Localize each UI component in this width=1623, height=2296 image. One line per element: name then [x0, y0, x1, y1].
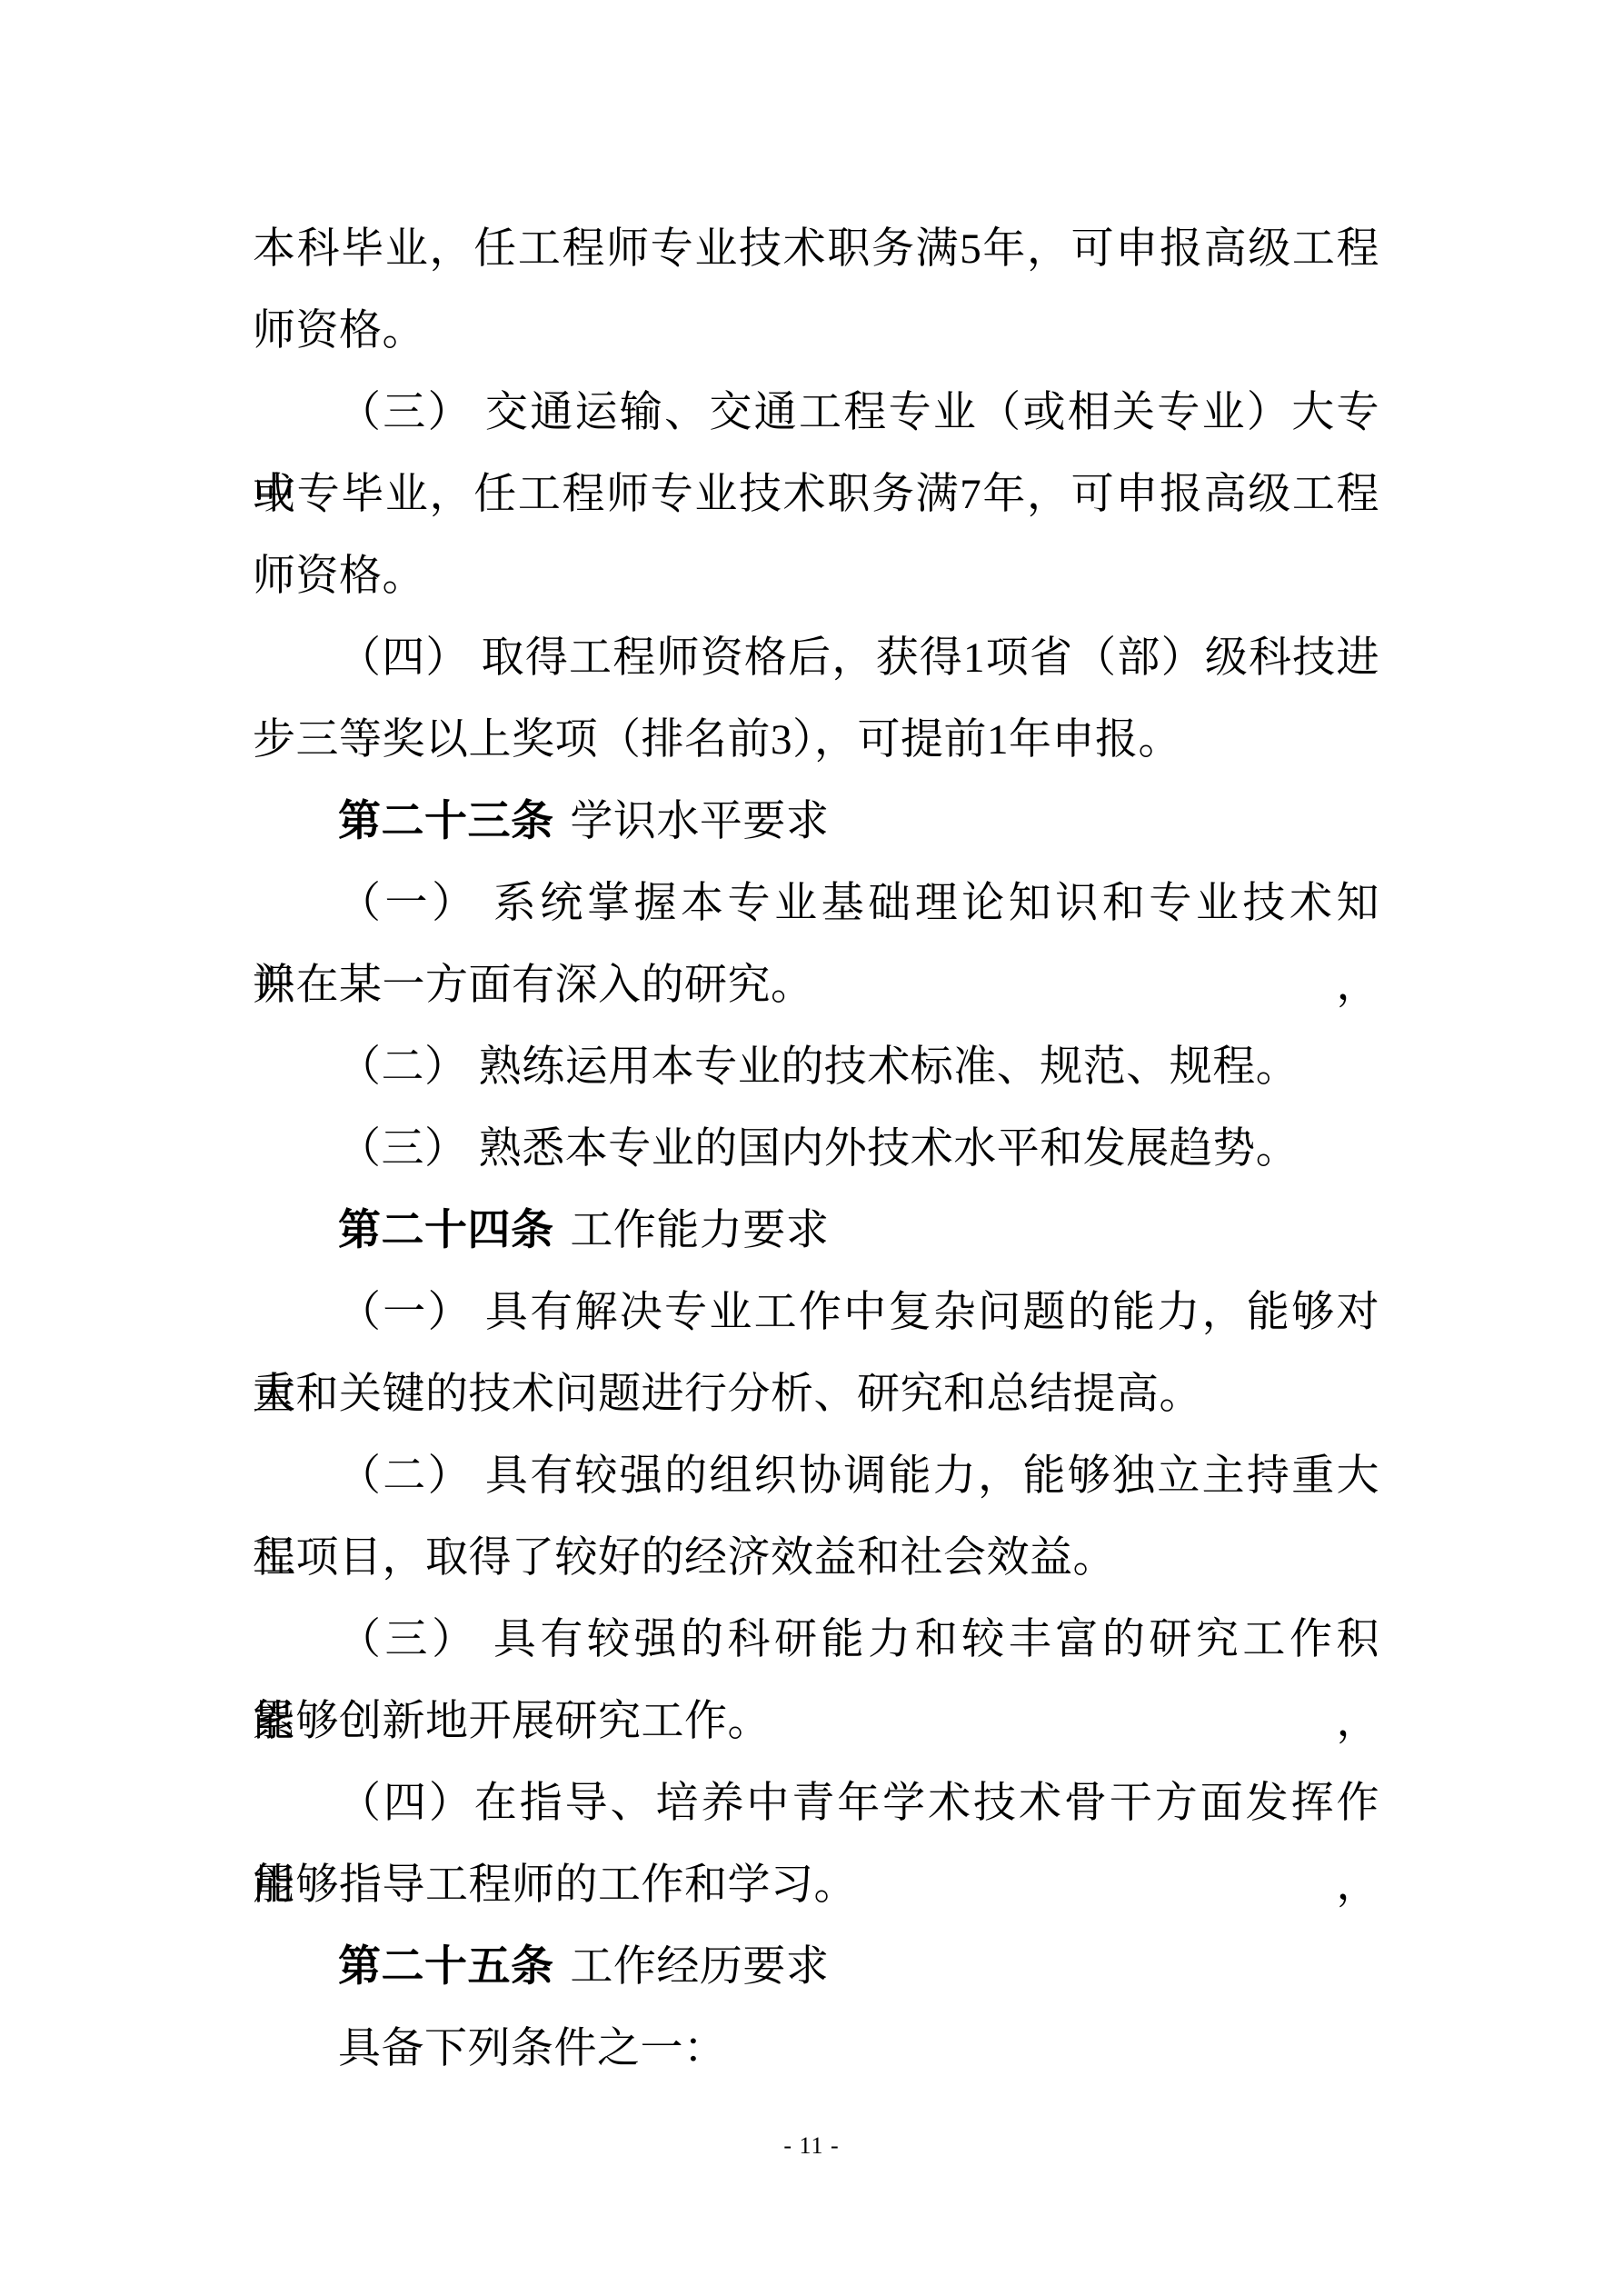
text-line: 第二十三条 学识水平要求: [253, 781, 1379, 863]
line-text: 学识水平要求: [559, 798, 829, 845]
line-text: 程项目，取得了较好的经济效益和社会效益。: [253, 1534, 1116, 1582]
article-number: 第二十五条: [338, 1943, 554, 1991]
text-line: （四）在指导、培养中青年学术技术骨干方面发挥作用，: [253, 1762, 1379, 1844]
article-number: 第二十三条: [338, 798, 554, 845]
line-text: （三） 熟悉本专业的国内外技术水平和发展趋势。: [338, 1125, 1299, 1173]
line-text: 师资格。: [253, 307, 425, 354]
text-line: 第二十四条 工作能力要求: [253, 1190, 1379, 1272]
line-text: 能够创新地开展研究工作。: [253, 1698, 771, 1745]
line-text: 步三等奖以上奖项（排名前3），可提前1年申报。: [253, 716, 1181, 764]
text-line: （三） 交通运输、交通工程专业（或相关专业）大专或: [253, 372, 1379, 454]
line-text: 本科毕业，任工程师专业技术职务满5年，可申报高级工程: [253, 225, 1379, 273]
text-line: 具备下列条件之一：: [253, 2008, 1379, 2090]
text-line: （三） 熟悉本专业的国内外技术水平和发展趋势。: [253, 1108, 1379, 1190]
line-text: 师资格。: [253, 553, 425, 600]
text-line: （四） 取得工程师资格后，获得1项省（部）级科技进: [253, 617, 1379, 699]
text-line: 本科毕业，任工程师专业技术职务满5年，可申报高级工程: [253, 208, 1379, 290]
document-page: 本科毕业，任工程师专业技术职务满5年，可申报高级工程 师资格。 （三） 交通运输…: [0, 0, 1623, 2296]
page-footer: - 11 -: [0, 2132, 1623, 2160]
page-number: - 11 -: [783, 2132, 839, 2159]
text-line: 大和关键的技术问题进行分析、研究和总结提高。: [253, 1353, 1379, 1435]
text-line: （三） 具有较强的科研能力和较丰富的研究工作积累，: [253, 1599, 1379, 1681]
document-body: 本科毕业，任工程师专业技术职务满5年，可申报高级工程 师资格。 （三） 交通运输…: [253, 208, 1379, 2090]
line-text: 并在某一方面有深入的研究。: [253, 962, 814, 1009]
text-line: 第二十五条 工作经历要求: [253, 1926, 1379, 2008]
line-text: 能够指导工程师的工作和学习。: [253, 1862, 857, 1909]
text-line: （二） 具有较强的组织协调能力，能够独立主持重大工: [253, 1435, 1379, 1517]
line-text: （二） 熟练运用本专业的技术标准、规范、规程。: [338, 1043, 1299, 1091]
text-line: （一） 系统掌握本专业基础理论知识和专业技术知识，: [253, 863, 1379, 944]
line-text: 工作能力要求: [559, 1207, 829, 1254]
text-line: 中专毕业，任工程师专业技术职务满7年，可申报高级工程: [253, 454, 1379, 535]
text-line: （二） 熟练运用本专业的技术标准、规范、规程。: [253, 1026, 1379, 1108]
text-line: 师资格。: [253, 535, 1379, 617]
article-number: 第二十四条: [338, 1207, 554, 1254]
text-line: （一） 具有解决专业工作中复杂问题的能力，能够对重: [253, 1272, 1379, 1353]
text-line: 步三等奖以上奖项（排名前3），可提前1年申报。: [253, 699, 1379, 781]
line-text: （四） 取得工程师资格后，获得1项省（部）级科技进: [338, 634, 1379, 682]
text-line: 师资格。: [253, 290, 1379, 372]
line-text: 中专毕业，任工程师专业技术职务满7年，可申报高级工程: [253, 471, 1379, 518]
line-text: 具备下列条件之一：: [338, 2025, 727, 2072]
line-text: 大和关键的技术问题进行分析、研究和总结提高。: [253, 1371, 1202, 1418]
line-text: 工作经历要求: [559, 1943, 829, 1991]
text-line: 程项目，取得了较好的经济效益和社会效益。: [253, 1517, 1379, 1599]
